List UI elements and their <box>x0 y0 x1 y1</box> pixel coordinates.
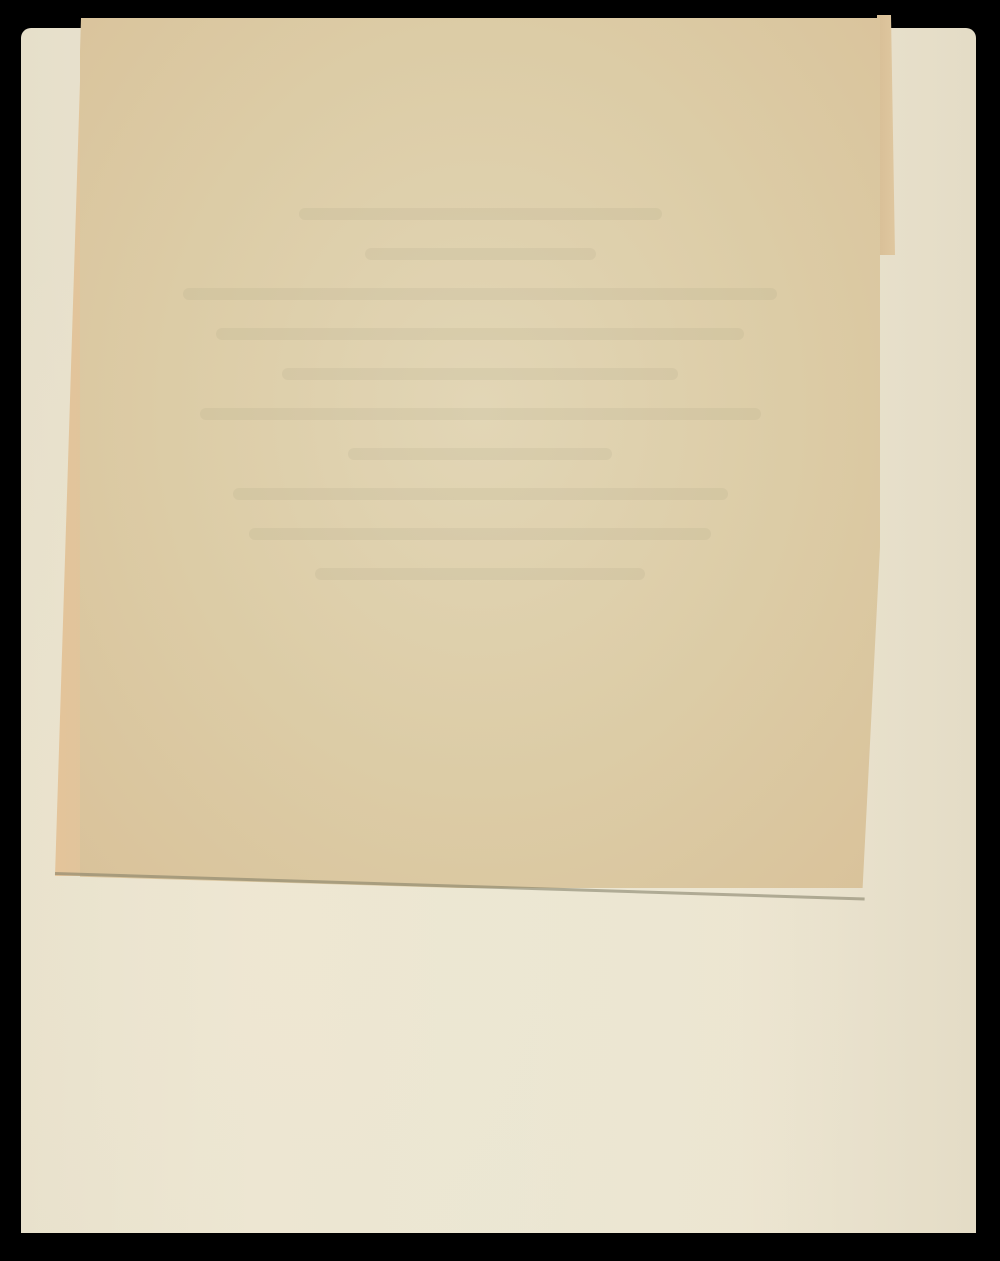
front-paper-sheet <box>80 18 880 888</box>
